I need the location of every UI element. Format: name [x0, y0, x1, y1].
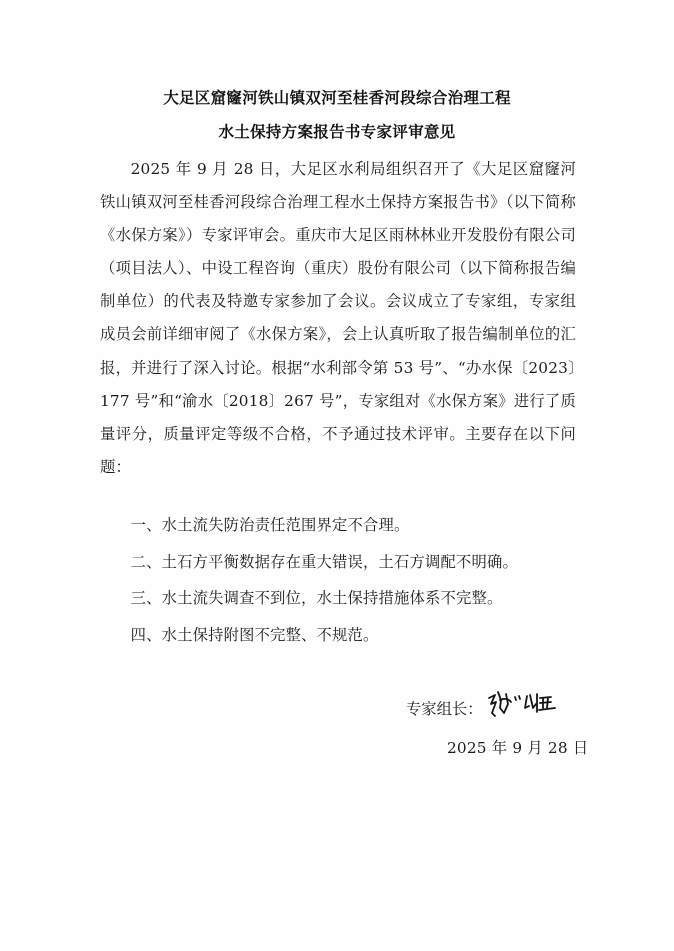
issues-list: 一、水土流失防治责任范围界定不合理。 二、土石方平衡数据存在重大错误，土石方调配… [100, 507, 576, 653]
issue-item-2: 二、土石方平衡数据存在重大错误，土石方调配不明确。 [100, 544, 576, 581]
review-opinion-paragraph: 2025 年 9 月 28 日，大足区水利局组织召开了《大足区窟窿河铁山镇双河至… [100, 153, 576, 484]
issue-item-3: 三、水土流失调查不到位，水土保持措施体系不完整。 [100, 580, 576, 617]
issue-item-1: 一、水土流失防治责任范围界定不合理。 [100, 507, 576, 544]
document-title-line-2: 水土保持方案报告书专家评审意见 [0, 120, 674, 142]
handwritten-signature-icon [485, 686, 563, 722]
signature-label: 专家组长： [406, 694, 483, 724]
signature-block: 专家组长： [406, 694, 563, 724]
issue-item-4: 四、水土保持附图不完整、不规范。 [100, 617, 576, 654]
signature-date: 2025 年 9 月 28 日 [447, 736, 588, 760]
document-title-line-1: 大足区窟窿河铁山镇双河至桂香河段综合治理工程 [0, 86, 674, 108]
document-page: 大足区窟窿河铁山镇双河至桂香河段综合治理工程 水土保持方案报告书专家评审意见 2… [0, 0, 674, 951]
